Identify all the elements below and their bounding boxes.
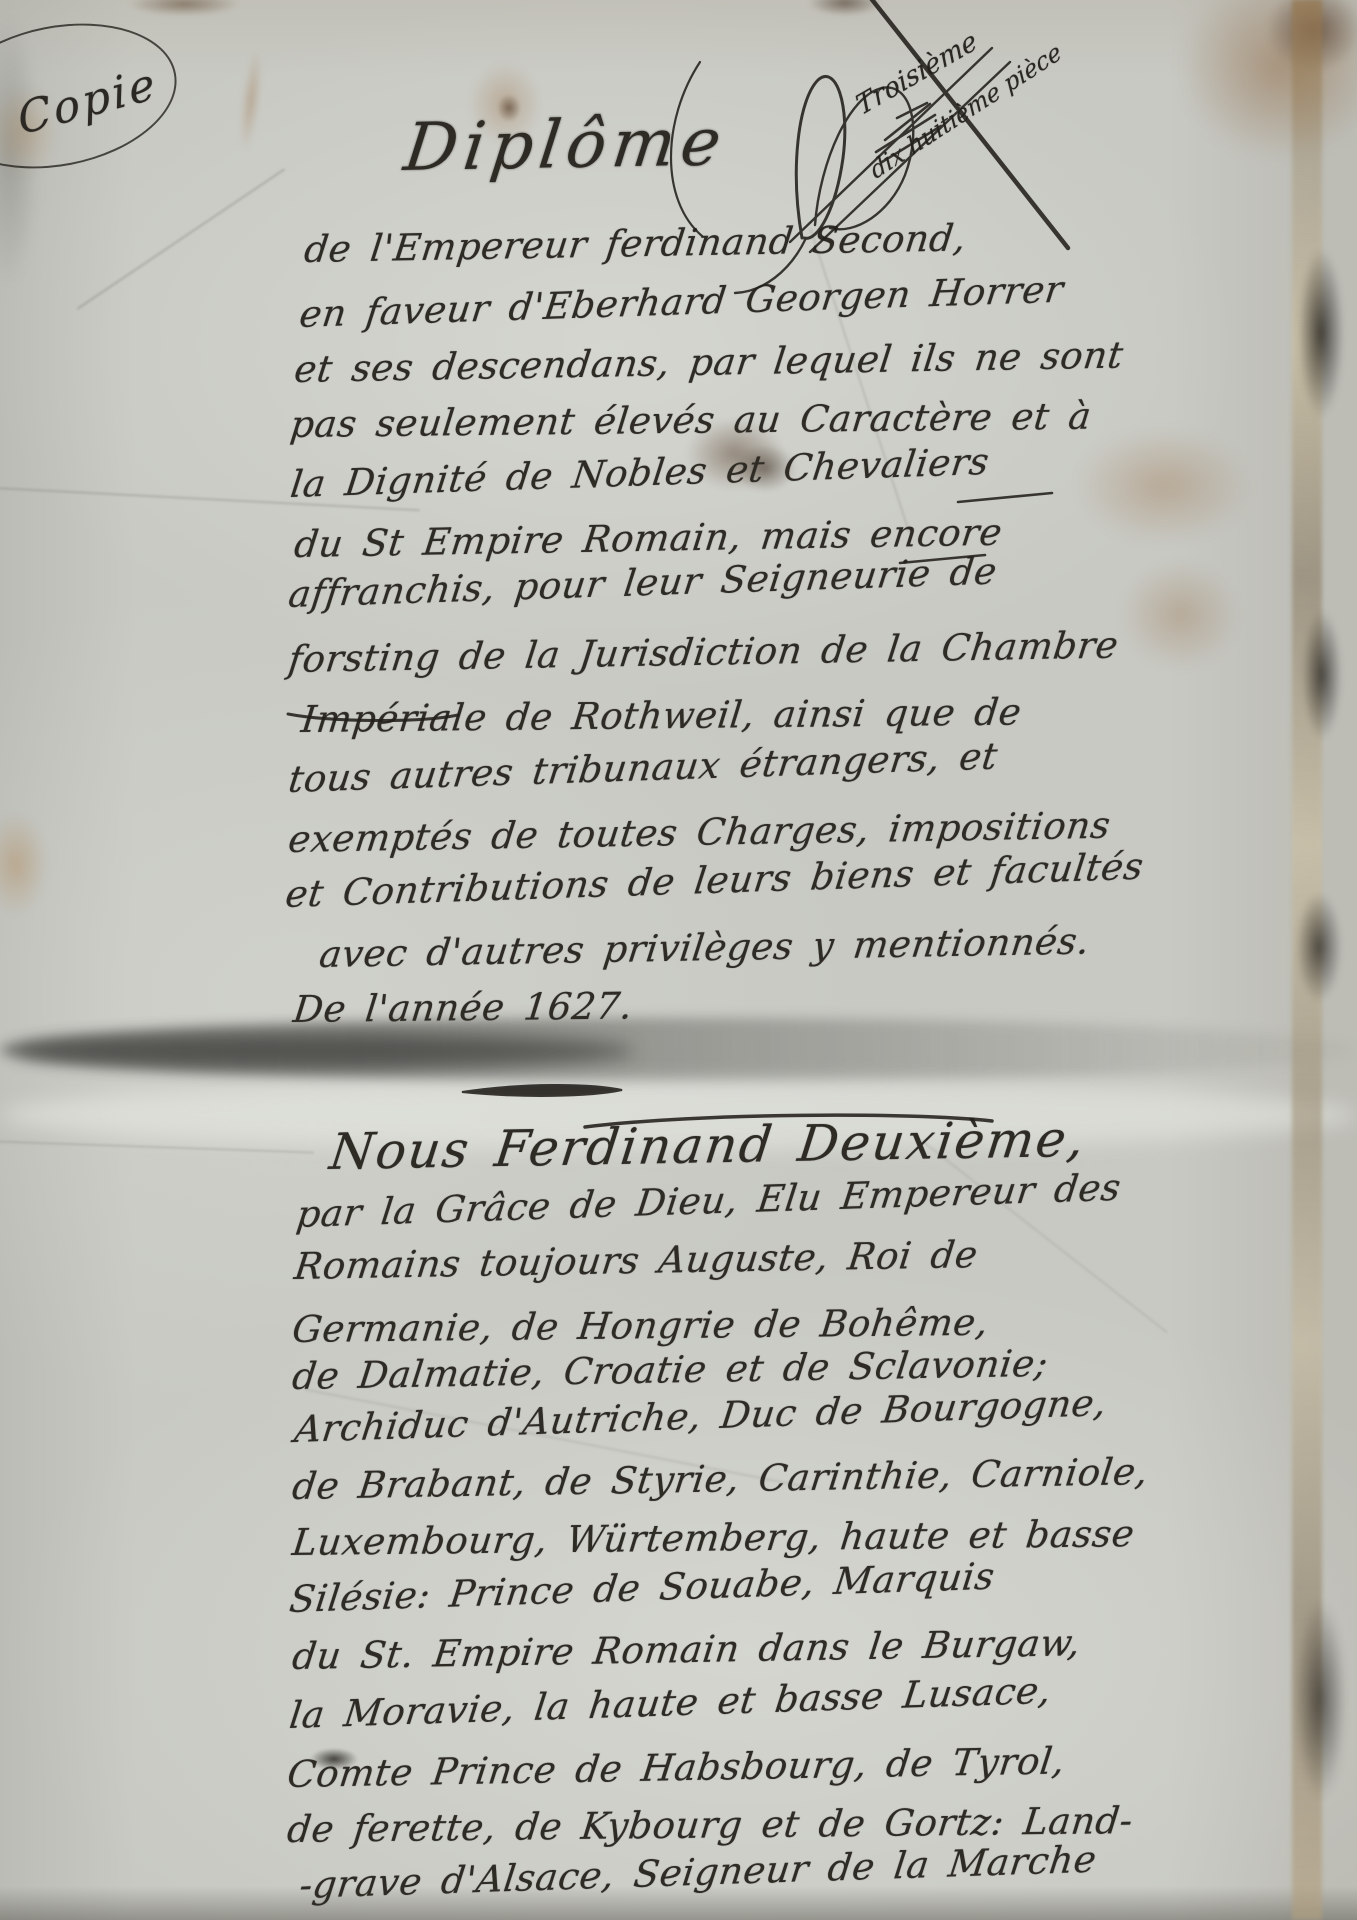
binding-blob	[1298, 248, 1344, 418]
manuscript-line: de Brabant, de Styrie, Carinthie, Carnio…	[290, 1450, 1151, 1509]
binding-torn-edge	[1292, 0, 1322, 1920]
binding-blob	[1296, 892, 1342, 1002]
manuscript-line: tous autres tribunaux étrangers, et	[286, 735, 1000, 803]
manuscript-line: la Moravie, la haute et basse Lusace,	[287, 1669, 1054, 1738]
binding-strip	[1318, 0, 1357, 1920]
scribble-bar	[897, 103, 927, 118]
binding-blob	[1294, 1600, 1346, 1800]
manuscript-line: Silésie: Prince de Souabe, Marquis	[287, 1555, 997, 1623]
manuscript-line: avec d'autres privilèges y mentionnés.	[317, 920, 1092, 978]
manuscript-line: de l'Empereur ferdinand Second,	[302, 216, 969, 272]
manuscript-line: la Dignité de Nobles et Chevaliers	[288, 440, 992, 507]
manuscript-page: Copie Troisième dix huitième pièce Diplô…	[0, 0, 1357, 1920]
manuscript-line: De l'année 1627.	[291, 984, 635, 1032]
manuscript-line: Romains toujours Auguste, Roi de	[292, 1233, 980, 1289]
manuscript-line: en faveur d'Eberhard Georgen Horrer	[297, 268, 1066, 338]
manuscript-line: Comte Prince de Habsbourg, de Tyrol,	[285, 1739, 1068, 1797]
stain-top-right-dark	[1266, 0, 1357, 72]
manuscript-line: Impériale de Rothweil, ainsi que de	[299, 690, 1024, 742]
stain-seigneurie	[1120, 560, 1240, 670]
crease-line	[0, 1140, 314, 1153]
dash-after-chevaliers	[958, 493, 1052, 502]
manuscript-line: du St. Empire Romain dans le Burgaw,	[290, 1621, 1083, 1679]
paraph-loop-tall	[796, 76, 844, 238]
binding-blob	[1302, 610, 1342, 740]
manuscript-line: Luxembourg, Würtemberg, haute et basse	[290, 1512, 1137, 1565]
fold-shadow	[0, 1018, 1357, 1082]
stain-top-right-corner	[1178, 0, 1357, 160]
manuscript-line: et ses descendans, par lequel ils ne son…	[292, 334, 1126, 393]
stain-top-edge-2	[808, 0, 882, 16]
stain-vertical-streak	[236, 47, 267, 152]
manuscript-line: forsting de la Jurisdiction de la Chambr…	[286, 624, 1121, 683]
stain-mid-right	[1076, 428, 1252, 544]
page-title: Diplôme	[400, 102, 731, 187]
manuscript-line: pas seulement élevés au Caractère et à	[288, 395, 1094, 448]
stain-top-edge-1	[128, 0, 240, 16]
separator-stroke	[462, 1085, 622, 1096]
crease-line	[77, 168, 285, 309]
fold-shadow-core	[14, 1034, 634, 1068]
stain-left-margin	[0, 812, 48, 916]
